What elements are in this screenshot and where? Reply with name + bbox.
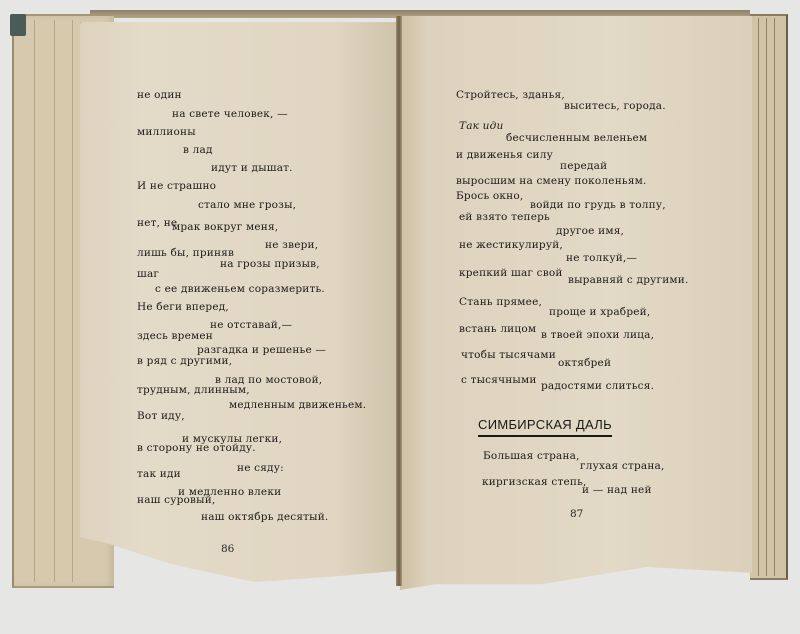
poem-line: не жестикулируй, — [459, 240, 563, 251]
poem-line: октябрей — [558, 358, 611, 369]
poem-line: идут и дышат. — [211, 163, 293, 174]
book-spine-gutter — [396, 16, 402, 586]
poem-line: не один — [137, 90, 182, 101]
poem-line: и — над ней — [582, 485, 652, 496]
poem-line: так иди — [137, 469, 181, 480]
page-number-left: 86 — [221, 543, 234, 555]
poem-line: трудным, длинным, — [137, 385, 250, 396]
poem-line: на свете человек, — — [172, 109, 288, 120]
poem-line: Большая страна, — [483, 451, 580, 462]
poem-line: крепкий шаг свой — [459, 268, 563, 279]
poem-line: Вот иду, — [137, 411, 185, 422]
poem-line: ей взято теперь — [459, 212, 550, 223]
book-cover-corner — [10, 14, 26, 36]
poem-line: в сторону не отойду. — [137, 443, 256, 454]
poem-line: с ее движеньем соразмерить. — [155, 284, 325, 295]
poem-line: выситесь, города. — [564, 101, 666, 112]
poem-line: Так иди — [459, 121, 503, 132]
poem-line: другое имя, — [556, 226, 624, 237]
poem-line: бесчисленным веленьем — [506, 133, 647, 144]
poem-line: Стань прямее, — [459, 297, 542, 308]
poem-line: встань лицом — [459, 324, 536, 335]
poem-line: медленным движеньем. — [229, 400, 366, 411]
poem-line: и движенья силу — [456, 150, 553, 161]
book-photo: не одинна свете человек, —миллионыв лади… — [0, 0, 800, 634]
poem-line: проще и храбрей, — [549, 307, 650, 318]
poem-line: в ряд с другими, — [137, 356, 232, 367]
poem-line: выравняй с другими. — [568, 275, 689, 286]
poem-line: наш октябрь десятый. — [201, 512, 328, 523]
poem-line: лишь бы, приняв — [137, 248, 234, 259]
poem-line: в лад — [183, 145, 213, 156]
poem-line: не толкуй,— — [566, 253, 637, 264]
poem-line: с тысячными — [461, 375, 537, 386]
poem-line: стало мне грозы, — [198, 200, 296, 211]
left-page — [80, 22, 398, 582]
poem-line: Стройтесь, зданья, — [456, 90, 565, 101]
poem-line: передай — [560, 161, 607, 172]
poem-line: шаг — [137, 269, 159, 280]
poem-line: киргизская степь, — [482, 477, 587, 488]
poem-line: в твоей эпохи лица, — [541, 330, 654, 341]
poem-line: Брось окно, — [456, 191, 523, 202]
poem-line: миллионы — [137, 127, 196, 138]
poem-title: СИМБИРСКАЯ ДАЛЬ — [478, 417, 612, 437]
poem-line: радостями слиться. — [541, 381, 654, 392]
poem-line: Не беги вперед, — [137, 302, 229, 313]
poem-line: на грозы призыв, — [220, 259, 320, 270]
right-page-stack — [750, 14, 788, 580]
poem-line: выросшим на смену поколеньям. — [456, 176, 647, 187]
poem-line: разгадка и решенье — — [197, 345, 326, 356]
poem-line: не отставай,— — [210, 320, 292, 331]
poem-line: чтобы тысячами — [461, 350, 556, 361]
poem-line: войди по грудь в толпу, — [530, 200, 666, 211]
poem-line: наш суровый, — [137, 495, 215, 506]
poem-line: И не страшно — [137, 181, 216, 192]
poem-line: глухая страна, — [580, 461, 665, 472]
poem-line: здесь времен — [137, 331, 213, 342]
page-number-right: 87 — [570, 508, 583, 520]
poem-line: мрак вокруг меня, — [172, 222, 278, 233]
poem-line: не звери, — [265, 240, 318, 251]
poem-line: не сяду: — [237, 463, 284, 474]
